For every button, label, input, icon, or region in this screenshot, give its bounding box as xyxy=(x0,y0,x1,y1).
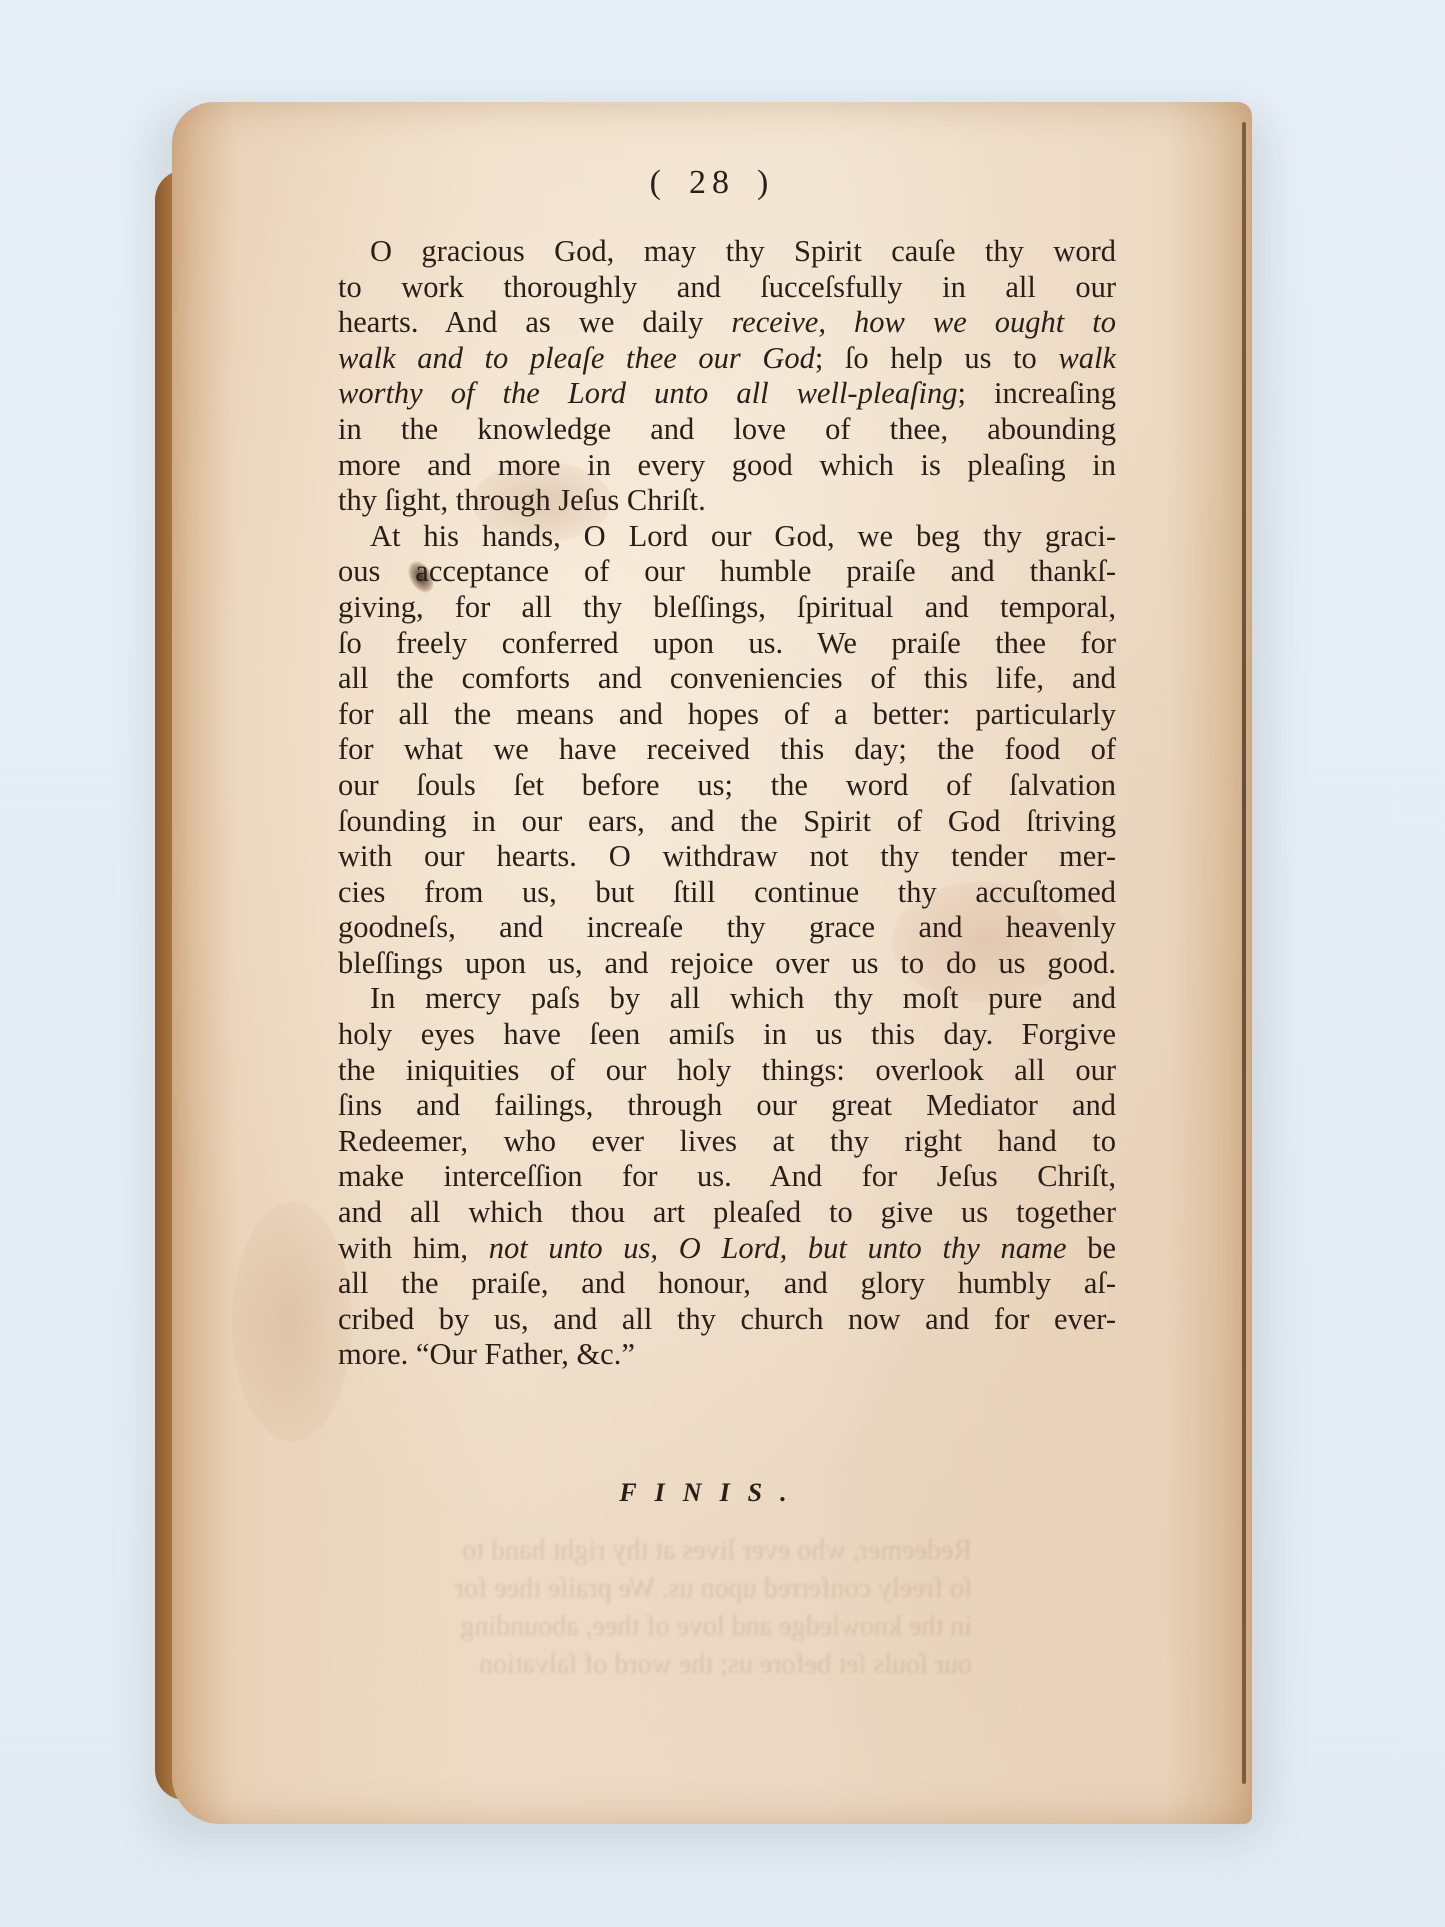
text-line: in the knowledge and love of thee, aboun… xyxy=(338,412,1116,448)
finis-closing: FINIS. xyxy=(172,1478,1252,1508)
text-run: ; ſo help us to xyxy=(815,341,1059,375)
italic-run: not unto us, O Lord, but unto thy name xyxy=(489,1231,1067,1265)
text-line: all the comforts and conveniencies of th… xyxy=(338,661,1116,697)
page-number-value: 28 xyxy=(689,164,735,201)
text-line: for all the means and hopes of a better:… xyxy=(338,697,1116,733)
text-line: O gracious God, may thy Spirit cauſe thy… xyxy=(338,234,1116,270)
text-run: with him, xyxy=(338,1231,489,1265)
text-run: be xyxy=(1067,1231,1116,1265)
text-line: thy ſight, through Jeſus Chriſt. xyxy=(338,483,1116,519)
text-line: to work thoroughly and ſucceſsfully in a… xyxy=(338,270,1116,306)
text-line: Redeemer, who ever lives at thy right ha… xyxy=(338,1124,1116,1160)
text-line: more and more in every good which is ple… xyxy=(338,448,1116,484)
text-line: for what we have received this day; the … xyxy=(338,732,1116,768)
text-line: make interceſſion for us. And for Jeſus … xyxy=(338,1159,1116,1195)
foxing-stain xyxy=(232,1202,352,1442)
text-line: cribed by us, and all thy church now and… xyxy=(338,1302,1116,1338)
text-line: with him, not unto us, O Lord, but unto … xyxy=(338,1231,1116,1267)
text-line: ſo freely conferred upon us. We praiſe t… xyxy=(338,626,1116,662)
bleed-line: Redeemer, who ever lives at thy right ha… xyxy=(462,1535,972,1566)
bleed-through-text: Redeemer, who ever lives at thy right ha… xyxy=(412,1532,972,1752)
italic-run: receive, how we ought to xyxy=(731,305,1116,339)
text-line: walk and to pleaſe thee our God; ſo help… xyxy=(338,341,1116,377)
text-line: ous acceptance of our humble praiſe and … xyxy=(338,554,1116,590)
text-line: At his hands, O Lord our God, we beg thy… xyxy=(338,519,1116,555)
italic-run: walk and to pleaſe thee our God xyxy=(338,341,815,375)
bleed-line: our ſouls ſet before us; the word of ſal… xyxy=(479,1649,972,1680)
text-line: ſins and failings, through our great Med… xyxy=(338,1088,1116,1124)
text-line: hearts. And as we daily receive, how we … xyxy=(338,305,1116,341)
page-number-open-paren: ( xyxy=(628,164,689,201)
text-line: In mercy paſs by all which thy moſt pure… xyxy=(338,981,1116,1017)
page-number: (28) xyxy=(172,164,1252,202)
text-line: our ſouls ſet before us; the word of ſal… xyxy=(338,768,1116,804)
prayer-text: O gracious God, may thy Spirit cauſe thy… xyxy=(338,234,1116,1373)
italic-run: worthy of the Lord unto all well-pleaſin… xyxy=(338,376,958,410)
text-line: holy eyes have ſeen amiſs in us this day… xyxy=(338,1017,1116,1053)
italic-run: walk xyxy=(1058,341,1116,375)
text-line: cies from us, but ſtill continue thy acc… xyxy=(338,875,1116,911)
text-line: all the praiſe, and honour, and glory hu… xyxy=(338,1266,1116,1302)
text-run: hearts. And as we daily xyxy=(338,305,731,339)
text-line: the iniquities of our holy things: overl… xyxy=(338,1053,1116,1089)
text-line: ſounding in our ears, and the Spirit of … xyxy=(338,804,1116,840)
text-line: bleſſings upon us, and rejoice over us t… xyxy=(338,946,1116,982)
text-run: ; increaſing xyxy=(958,376,1116,410)
text-line: more. “Our Father, &c.” xyxy=(338,1337,1116,1373)
bleed-line: ſo freely conferred upon us. We praiſe t… xyxy=(455,1573,972,1604)
text-line: giving, for all thy bleſſings, ſpiritual… xyxy=(338,590,1116,626)
page-number-close-paren: ) xyxy=(735,164,796,201)
text-line: and all which thou art pleaſed to give u… xyxy=(338,1195,1116,1231)
book-page: (28) O gracious God, may thy Spirit cauſ… xyxy=(172,102,1252,1824)
text-line: with our hearts. O withdraw not thy tend… xyxy=(338,839,1116,875)
text-line: worthy of the Lord unto all well-pleaſin… xyxy=(338,376,1116,412)
text-line: goodneſs, and increaſe thy grace and hea… xyxy=(338,910,1116,946)
bleed-line: in the knowledge and love of thee, aboun… xyxy=(460,1611,972,1642)
